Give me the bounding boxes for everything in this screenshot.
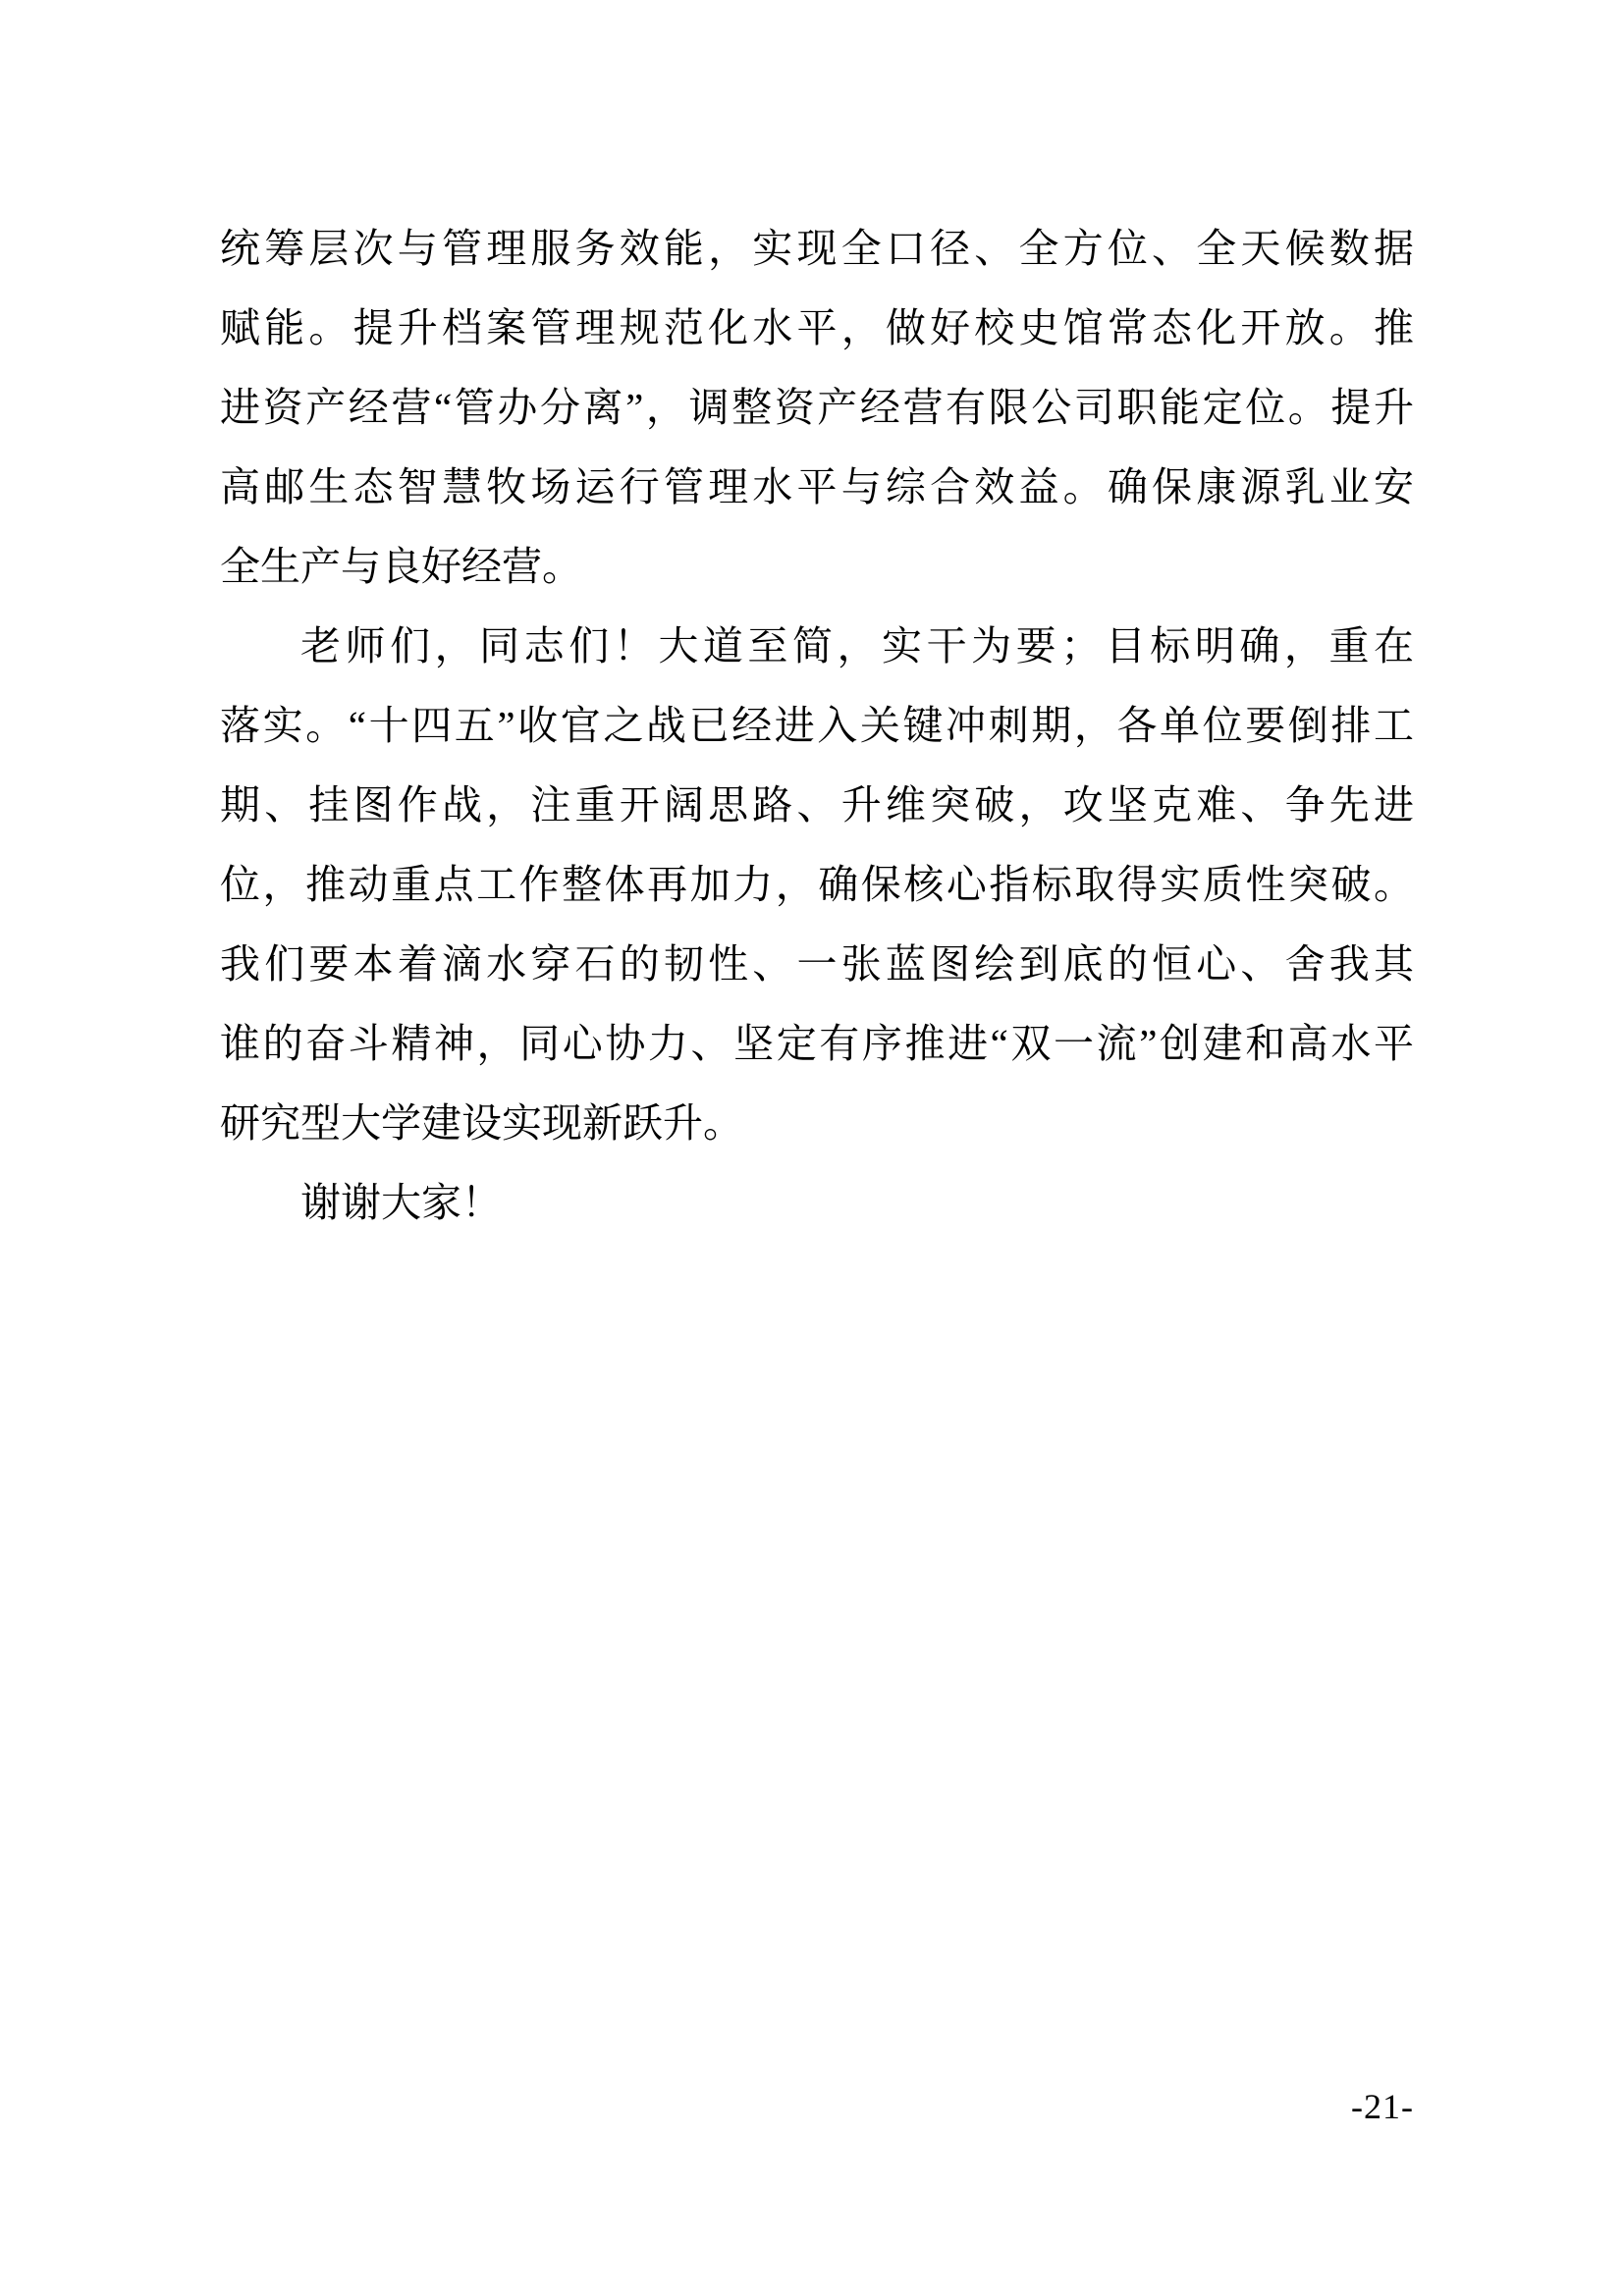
paragraph: 统筹层次与管理服务效能，实现全口径、全方位、全天候数据赋能。提升档案管理规范化水… [220,209,1414,607]
page-number: -21- [1351,2087,1414,2126]
paragraph: 谢谢大家！ [220,1163,1414,1243]
text-line: 落实。“十四五”收官之战已经进入关键冲刺期，各单位要倒排工 [220,686,1414,766]
text-line: 谁的奋斗精神，同心协力、坚定有序推进“双一流”创建和高水平 [220,1004,1414,1084]
text-line: 谢谢大家！ [220,1163,1414,1243]
document-page: 统筹层次与管理服务效能，实现全口径、全方位、全天候数据赋能。提升档案管理规范化水… [0,0,1624,2296]
text-line: 全生产与良好经营。 [220,527,1414,607]
text-line: 高邮生态智慧牧场运行管理水平与综合效益。确保康源乳业安 [220,448,1414,527]
text-line: 统筹层次与管理服务效能，实现全口径、全方位、全天候数据 [220,209,1414,289]
text-line: 赋能。提升档案管理规范化水平，做好校史馆常态化开放。推 [220,289,1414,368]
text-line: 期、挂图作战，注重开阔思路、升维突破，攻坚克难、争先进 [220,766,1414,845]
text-line: 进资产经营“管办分离”，调整资产经营有限公司职能定位。提升 [220,368,1414,448]
text-line: 研究型大学建设实现新跃升。 [220,1084,1414,1163]
text-line: 老师们，同志们！大道至简，实干为要；目标明确，重在 [220,607,1414,686]
paragraph: 老师们，同志们！大道至简，实干为要；目标明确，重在落实。“十四五”收官之战已经进… [220,607,1414,1163]
text-line: 位，推动重点工作整体再加力，确保核心指标取得实质性突破。 [220,845,1414,925]
speech-body: 统筹层次与管理服务效能，实现全口径、全方位、全天候数据赋能。提升档案管理规范化水… [220,209,1414,1243]
text-line: 我们要本着滴水穿石的韧性、一张蓝图绘到底的恒心、舍我其 [220,925,1414,1004]
